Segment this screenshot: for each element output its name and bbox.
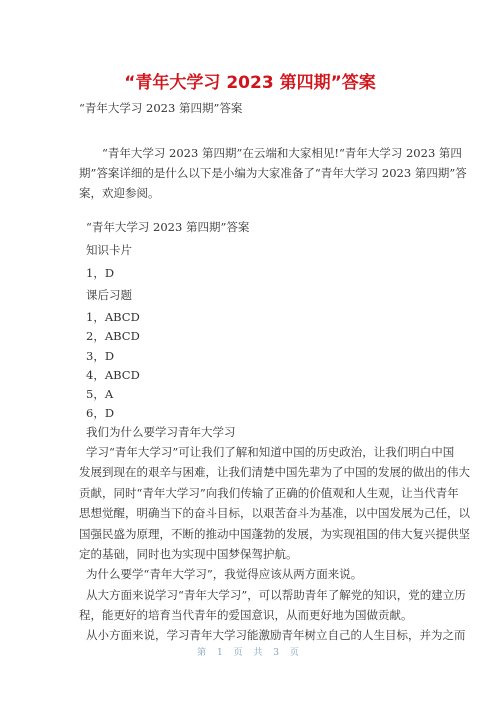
exercise-answer-3: 3，D	[86, 348, 114, 364]
why-line-1: 学习“青年大学习”可让我们了解和知道中国的历史政治，让我们明白中国	[79, 444, 424, 460]
big-aspect-line-2: 程，能更好的培育当代青年的爱国意识，从而更好地为国做贡献。	[79, 607, 424, 623]
document-title: “青年大学习 2023 第四期”答案	[0, 72, 500, 94]
big-aspect-line-1: 从大方面来说学习“青年大学习”，可以帮助青年了解党的知识，党的建立历	[79, 587, 424, 603]
exercise-answer-4: 4，ABCD	[86, 367, 140, 383]
knowledge-card-answer-1: 1，D	[86, 265, 114, 281]
intro-line-3: 案，欢迎参阅。	[79, 185, 424, 201]
exercise-answer-1: 1，ABCD	[86, 309, 140, 325]
exercises-label: 课后习题	[86, 287, 132, 303]
intro-line-2: 期”答案详细的是什么以下是小编为大家准备了“青年大学习 2023 第四期”答	[79, 165, 424, 181]
intro-line-1: “青年大学习 2023 第四期”在云端和大家相见!“青年大学习 2023 第四	[79, 145, 424, 161]
document-subtitle: “青年大学习 2023 第四期”答案	[79, 100, 242, 116]
why-line-3: 贡献，同时“青年大学习”向我们传输了正确的价值观和人生观，让当代青年	[79, 485, 424, 501]
two-aspects-line: 为什么要学“青年大学习”，我觉得应该从两方面来说。	[86, 566, 362, 582]
section-heading: “青年大学习 2023 第四期”答案	[86, 219, 249, 235]
document-page: “青年大学习 2023 第四期”答案 “青年大学习 2023 第四期”答案 “青…	[0, 0, 500, 707]
small-aspect-line-1: 从小方面来说，学习青年大学习能激励青年树立自己的人生目标，并为之而	[79, 627, 424, 643]
why-line-6: 定的基础，同时也为实现中国梦保驾护航。	[79, 546, 424, 562]
why-line-4: 思想觉醒，明确当下的奋斗目标，以艰苦奋斗为基准，以中国发展为己任，以	[79, 505, 424, 521]
knowledge-card-label: 知识卡片	[86, 242, 132, 258]
why-line-5: 国强民盛为原理，不断的推动中国蓬勃的发展，为实现祖国的伟大复兴提供坚	[79, 526, 424, 542]
why-line-2: 发展到现在的艰辛与困难，让我们清楚中国先辈为了中国的发展的做出的伟大	[79, 464, 424, 480]
page-indicator: 第 1 页 共 3 页	[0, 645, 500, 658]
why-heading: 我们为什么要学习青年大学习	[86, 424, 236, 440]
exercise-answer-2: 2，ABCD	[86, 328, 140, 344]
exercise-answer-5: 5，A	[86, 386, 113, 402]
exercise-answer-6: 6，D	[86, 405, 114, 421]
